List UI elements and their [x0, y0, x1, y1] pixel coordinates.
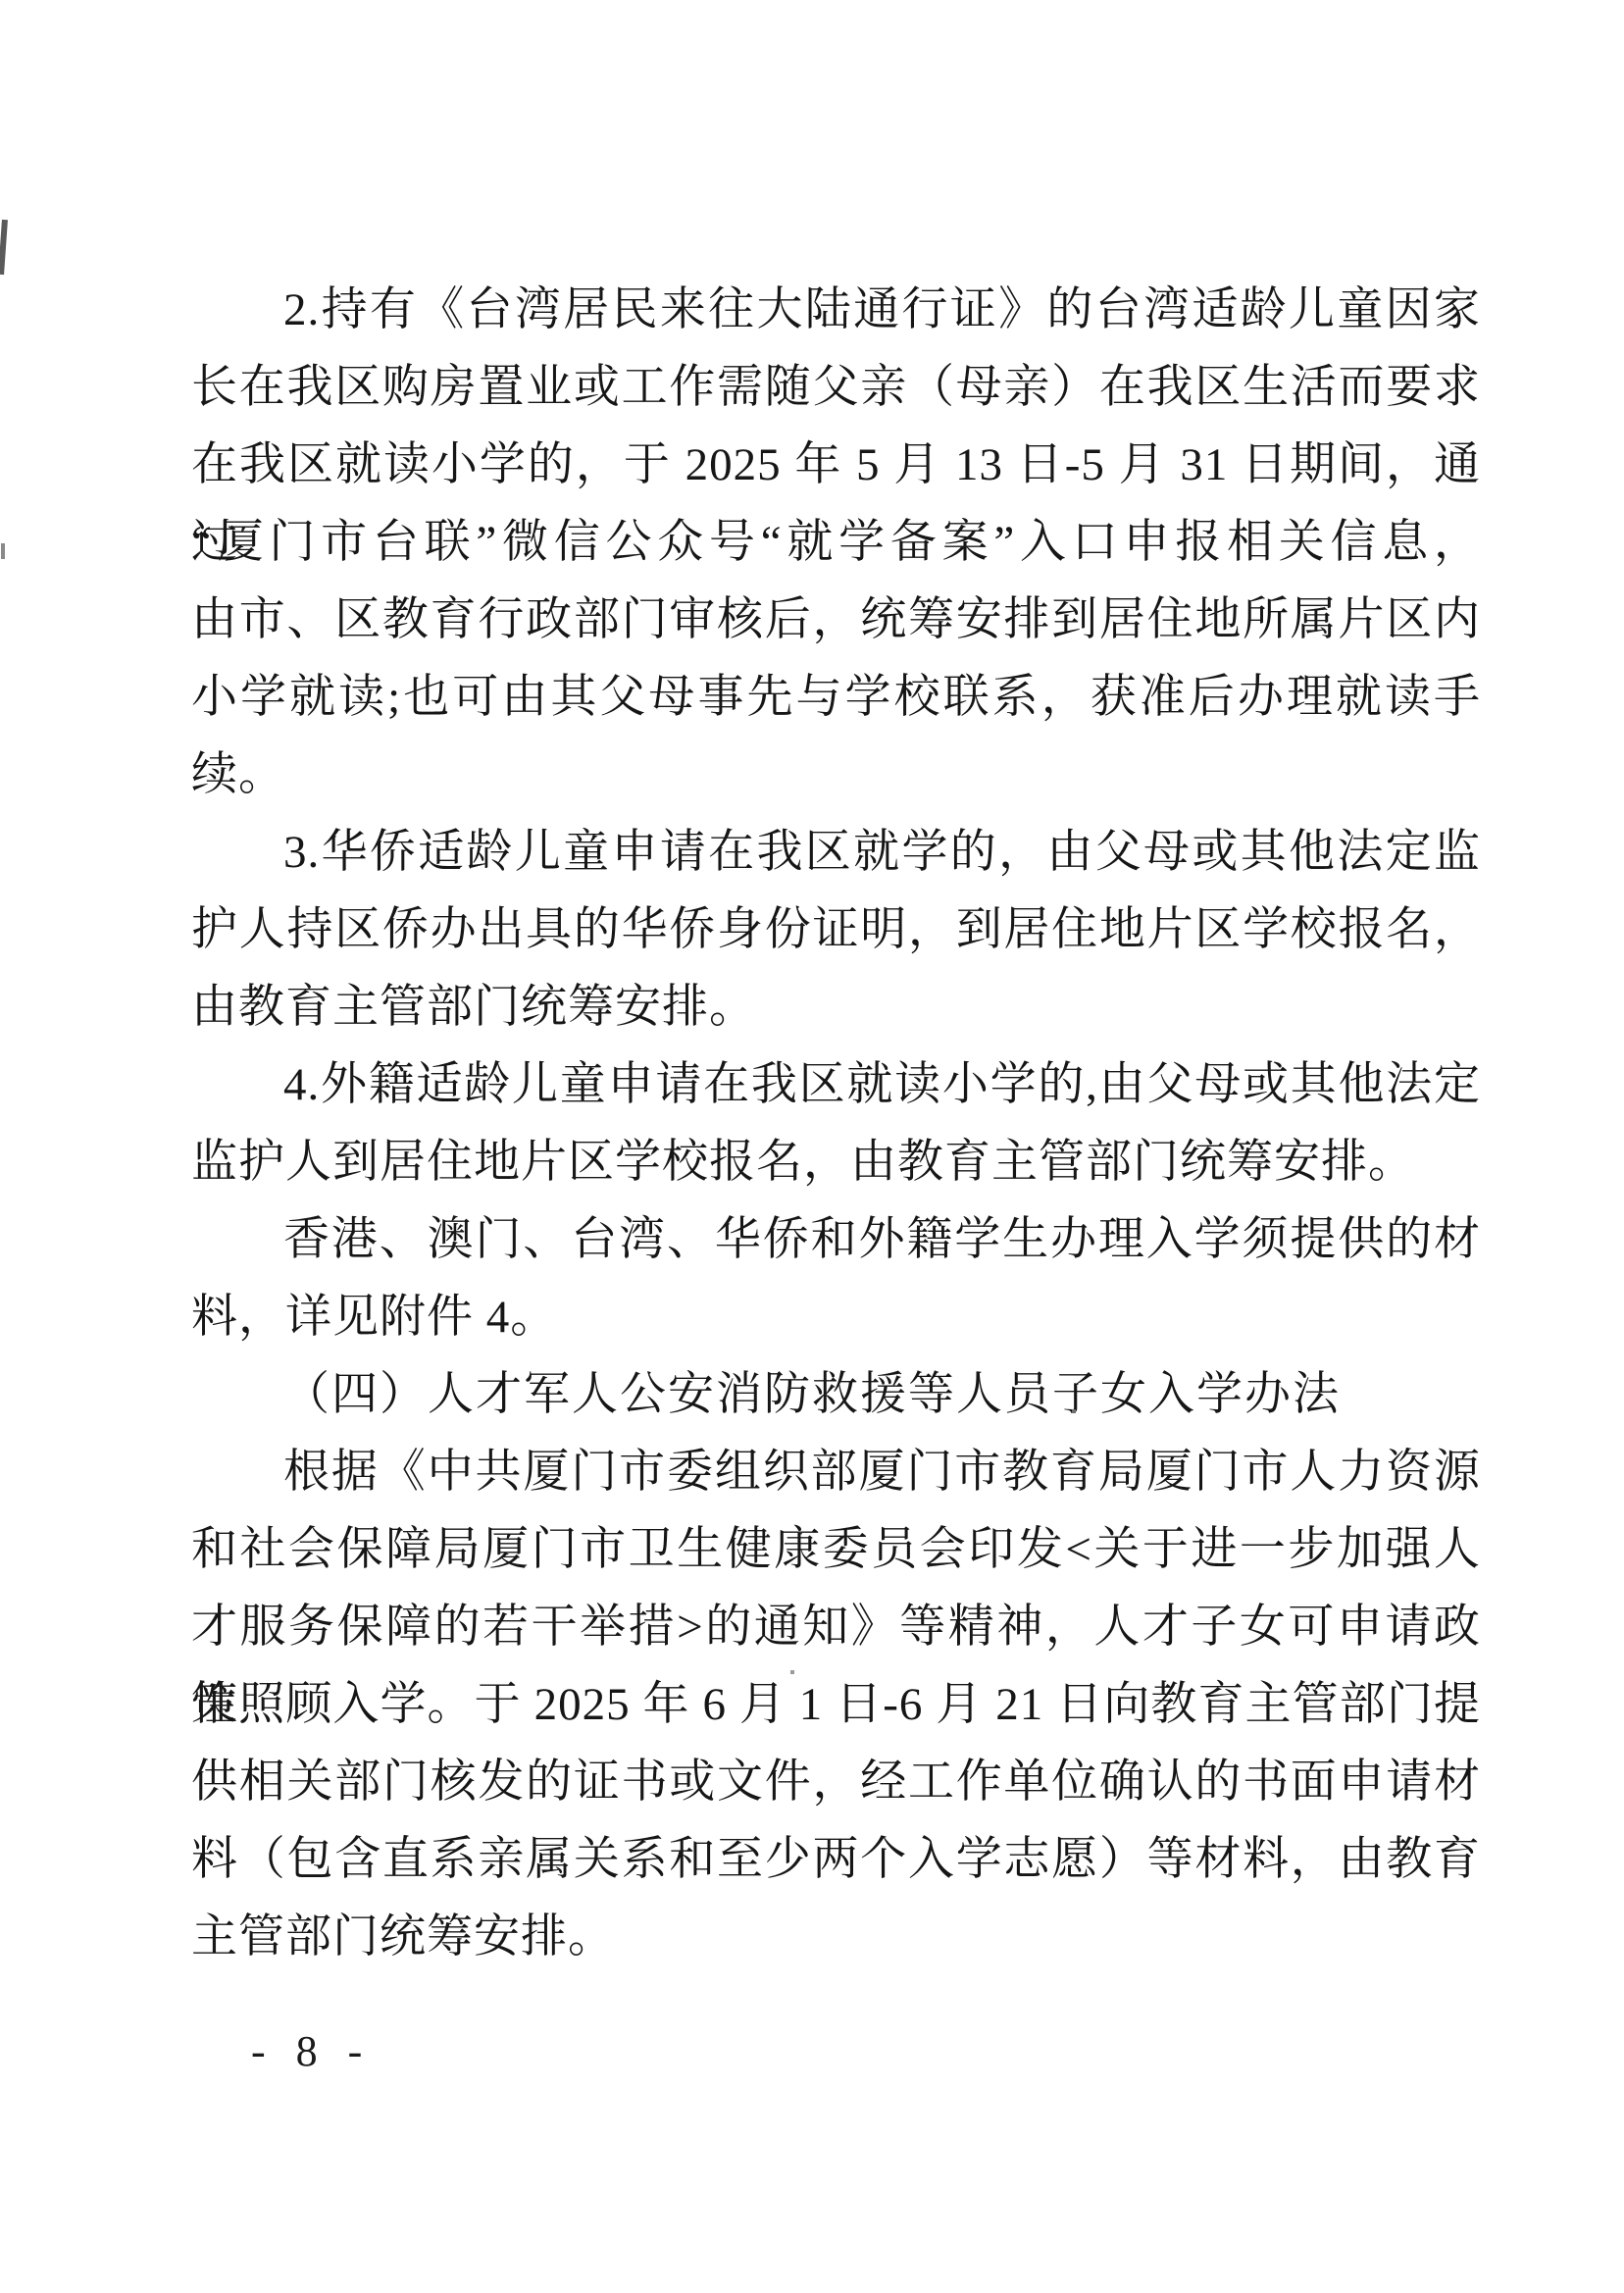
text-line: 3.华侨适龄儿童申请在我区就学的，由父母或其他法定监	[191, 814, 1481, 892]
text-line: 小学就读;也可由其父母事先与学校联系，获准后办理就读手	[191, 659, 1481, 737]
text-line: 在我区就读小学的，于 2025 年 5 月 13 日-5 月 31 日期间，通过	[191, 427, 1481, 504]
scan-artifact	[1072, 1409, 1076, 1413]
text-line: 料，详见附件 4。	[191, 1279, 1481, 1356]
text-line: 才服务保障的若干举措>的通知》等精神，人才子女可申请政策	[191, 1589, 1481, 1666]
scan-artifact	[0, 220, 8, 275]
text-line: 主管部门统筹安排。	[191, 1899, 1481, 1976]
text-line: 料（包含直系亲属关系和至少两个入学志愿）等材料，由教育	[191, 1821, 1481, 1899]
text-line: 监护人到居住地片区学校报名，由教育主管部门统筹安排。	[191, 1124, 1481, 1201]
document-body: 2.持有《台湾居民来往大陆通行证》的台湾适龄儿童因家长在我区购房置业或工作需随父…	[191, 272, 1481, 1976]
scan-artifact	[1, 543, 5, 559]
text-line: 性照顾入学。于 2025 年 6 月 1 日-6 月 21 日向教育主管部门提	[191, 1666, 1481, 1744]
section-heading: （四）人才军人公安消防救援等人员子女入学办法	[191, 1356, 1481, 1434]
text-line: 2.持有《台湾居民来往大陆通行证》的台湾适龄儿童因家	[191, 272, 1481, 349]
text-line: 根据《中共厦门市委组织部厦门市教育局厦门市人力资源	[191, 1434, 1481, 1511]
text-line: 由教育主管部门统筹安排。	[191, 969, 1481, 1046]
text-line: 供相关部门核发的证书或文件，经工作单位确认的书面申请材	[191, 1744, 1481, 1821]
text-line: “厦门市台联”微信公众号“就学备案”入口申报相关信息，	[191, 504, 1481, 582]
text-line: 续。	[191, 737, 1481, 814]
scanned-document-page: { "document": { "language": "zh-CN", "co…	[0, 0, 1624, 2293]
text-line: 护人持区侨办出具的华侨身份证明，到居住地片区学校报名，	[191, 892, 1481, 969]
text-line: 和社会保障局厦门市卫生健康委员会印发<关于进一步加强人	[191, 1511, 1481, 1589]
text-line: 长在我区购房置业或工作需随父亲（母亲）在我区生活而要求	[191, 349, 1481, 427]
scan-artifact	[790, 1670, 794, 1674]
text-line: 香港、澳门、台湾、华侨和外籍学生办理入学须提供的材	[191, 1201, 1481, 1279]
text-line: 由市、区教育行政部门审核后，统筹安排到居住地所属片区内	[191, 582, 1481, 659]
page-number: - 8 -	[251, 2026, 372, 2076]
text-line: 4.外籍适龄儿童申请在我区就读小学的,由父母或其他法定	[191, 1046, 1481, 1124]
